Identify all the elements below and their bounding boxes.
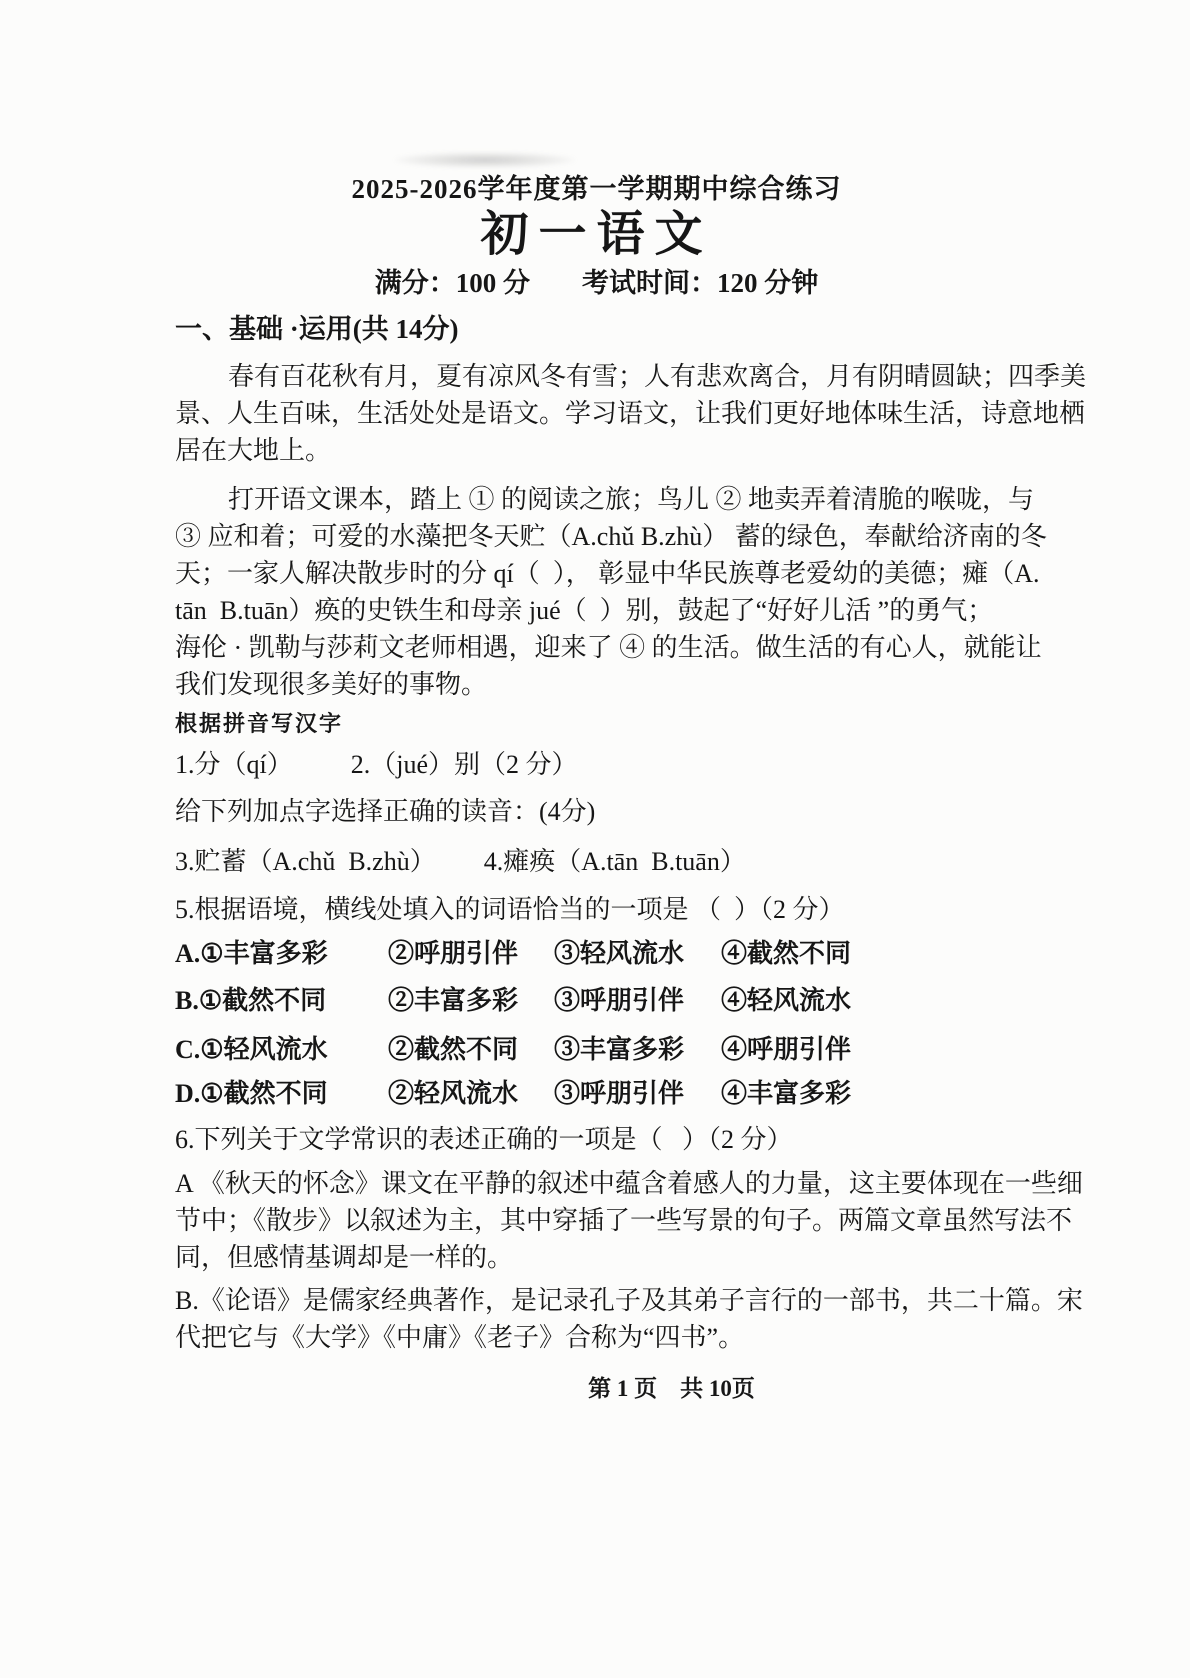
question-2: 2.（jué）别（2 分） bbox=[351, 750, 578, 779]
q6-option-line: A 《秋天的怀念》课文在平静的叙述中蕴含着感人的力量，这主要体现在一些细 bbox=[175, 1165, 1018, 1202]
exam-duration-label: 考试时间：120 分钟 bbox=[582, 268, 818, 298]
option-item: ③呼朋引伴 bbox=[554, 984, 721, 1018]
option-cell: B.①截然不同 bbox=[175, 984, 388, 1018]
option-item: ②截然不同 bbox=[388, 1033, 554, 1067]
option-item: ②丰富多彩 bbox=[388, 984, 554, 1018]
option-item: ③轻风流水 bbox=[554, 937, 721, 971]
option-item: ①截然不同 bbox=[200, 1079, 327, 1108]
q5-option-b: B.①截然不同 ②丰富多彩 ③呼朋引伴 ④轻风流水 bbox=[175, 984, 1018, 1018]
exam-meta-line: 满分：100 分考试时间：120 分钟 bbox=[175, 266, 1018, 300]
q6-option-line: 代把它与《大学》《中庸》《老子》合称为“四书”。 bbox=[175, 1319, 1018, 1356]
option-item: ②呼朋引伴 bbox=[388, 937, 554, 971]
page-footer: 第 1 页 共 10页 bbox=[250, 1374, 1093, 1404]
q6-option-a: A 《秋天的怀念》课文在平静的叙述中蕴含着感人的力量，这主要体现在一些细 节中；… bbox=[175, 1165, 1018, 1276]
q5-option-a: A.①丰富多彩 ②呼朋引伴 ③轻风流水 ④截然不同 bbox=[175, 937, 1018, 971]
q5-option-d: D.①截然不同 ②轻风流水 ③呼朋引伴 ④丰富多彩 bbox=[175, 1077, 1018, 1111]
page-content: 2025-2026学年度第一学期期中综合练习 初一语文 满分：100 分考试时间… bbox=[0, 0, 1190, 1404]
option-label: A. bbox=[175, 939, 200, 968]
option-label: D. bbox=[175, 1079, 200, 1108]
exam-session-title: 2025-2026学年度第一学期期中综合练习 bbox=[175, 172, 1018, 206]
pinyin-instruction: 根据拼音写汉字 bbox=[175, 709, 1018, 739]
option-item: ④截然不同 bbox=[721, 937, 1018, 971]
passage-line: 我们发现很多美好的事物。 bbox=[175, 666, 1018, 703]
section-heading: 一、基础 ·运用(共 14分) bbox=[175, 312, 1018, 346]
option-cell: D.①截然不同 bbox=[175, 1077, 388, 1111]
passage-line: tān B.tuān）痪的史铁生和母亲 jué（ ）别，鼓起了“好好儿活 ”的勇… bbox=[175, 592, 1018, 629]
question-4: 4.瘫痪（A.tān B.tuān） bbox=[484, 847, 746, 876]
passage-line: 天；一家人解决散步时的分 qí（ ）， 彰显中华民族尊老爱幼的美德；瘫（A. bbox=[175, 555, 1018, 592]
option-label: C. bbox=[175, 1035, 200, 1064]
exam-subject-title: 初一语文 bbox=[175, 208, 1018, 262]
pronunciation-instruction: 给下列加点字选择正确的读音：(4分) bbox=[175, 795, 1018, 829]
option-cell: C.①轻风流水 bbox=[175, 1033, 388, 1067]
option-item: ②轻风流水 bbox=[388, 1077, 554, 1111]
q5-option-c: C.①轻风流水 ②截然不同 ③丰富多彩 ④呼朋引伴 bbox=[175, 1033, 1018, 1067]
scan-artifact bbox=[395, 152, 575, 168]
option-item: ①截然不同 bbox=[199, 986, 326, 1015]
full-score-label: 满分：100 分 bbox=[375, 268, 530, 298]
question-3: 3.贮蓄（A.chǔ B.zhù） bbox=[175, 847, 436, 876]
q6-option-line: B.《论语》是儒家经典著作，是记录孔子及其弟子言行的一部书，共二十篇。宋 bbox=[175, 1282, 1018, 1319]
option-item: ④轻风流水 bbox=[721, 984, 1018, 1018]
q6-option-line: 节中；《散步》以叙述为主，其中穿插了一些写景的句子。两篇文章虽然写法不 bbox=[175, 1202, 1018, 1239]
option-label: B. bbox=[175, 986, 199, 1015]
question-3-4-row: 3.贮蓄（A.chǔ B.zhù）4.瘫痪（A.tān B.tuān） bbox=[175, 845, 1018, 879]
intro-paragraph: 春有百花秋有月，夏有凉风冬有雪；人有悲欢离合，月有阴晴圆缺；四季美 景、人生百味… bbox=[175, 358, 1018, 469]
option-item: ①丰富多彩 bbox=[200, 939, 327, 968]
intro-line: 春有百花秋有月，夏有凉风冬有雪；人有悲欢离合，月有阴晴圆缺；四季美 bbox=[175, 358, 1018, 395]
passage-line: 海伦 · 凯勒与莎莉文老师相遇，迎来了 ④ 的生活。做生活的有心人，就能让 bbox=[175, 629, 1018, 666]
intro-line: 居在大地上。 bbox=[175, 432, 1018, 469]
question-5-stem: 5.根据语境，横线处填入的词语恰当的一项是 （ ）（2 分） bbox=[175, 893, 1018, 927]
option-item: ④丰富多彩 bbox=[721, 1077, 1018, 1111]
option-item: ③呼朋引伴 bbox=[554, 1077, 721, 1111]
question-6-stem: 6.下列关于文学常识的表述正确的一项是（ ）（2 分） bbox=[175, 1123, 1018, 1157]
q6-option-line: 同，但感情基调却是一样的。 bbox=[175, 1239, 1018, 1276]
passage-line: ③ 应和着；可爱的水藻把冬天贮（A.chǔ B.zhù） 蓄的绿色，奉献给济南的… bbox=[175, 518, 1018, 555]
option-item: ③丰富多彩 bbox=[554, 1033, 721, 1067]
passage-paragraph: 打开语文课本，踏上 ① 的阅读之旅；鸟儿 ② 地卖弄着清脆的喉咙，与 ③ 应和着… bbox=[175, 481, 1018, 703]
page-indicator: 第 1 页 共 10页 bbox=[588, 1376, 755, 1401]
question-1-2-row: 1.分（qí）2.（jué）别（2 分） bbox=[175, 749, 1018, 781]
q6-option-b: B.《论语》是儒家经典著作，是记录孔子及其弟子言行的一部书，共二十篇。宋 代把它… bbox=[175, 1282, 1018, 1356]
passage-line: 打开语文课本，踏上 ① 的阅读之旅；鸟儿 ② 地卖弄着清脆的喉咙，与 bbox=[175, 481, 1018, 518]
option-cell: A.①丰富多彩 bbox=[175, 937, 388, 971]
option-item: ①轻风流水 bbox=[200, 1035, 327, 1064]
option-item: ④呼朋引伴 bbox=[721, 1033, 1018, 1067]
intro-line: 景、人生百味，生活处处是语文。学习语文，让我们更好地体味生活，诗意地栖 bbox=[175, 395, 1018, 432]
exam-paper-page: 2025-2026学年度第一学期期中综合练习 初一语文 满分：100 分考试时间… bbox=[0, 0, 1190, 1678]
question-1: 1.分（qí） bbox=[175, 750, 293, 779]
